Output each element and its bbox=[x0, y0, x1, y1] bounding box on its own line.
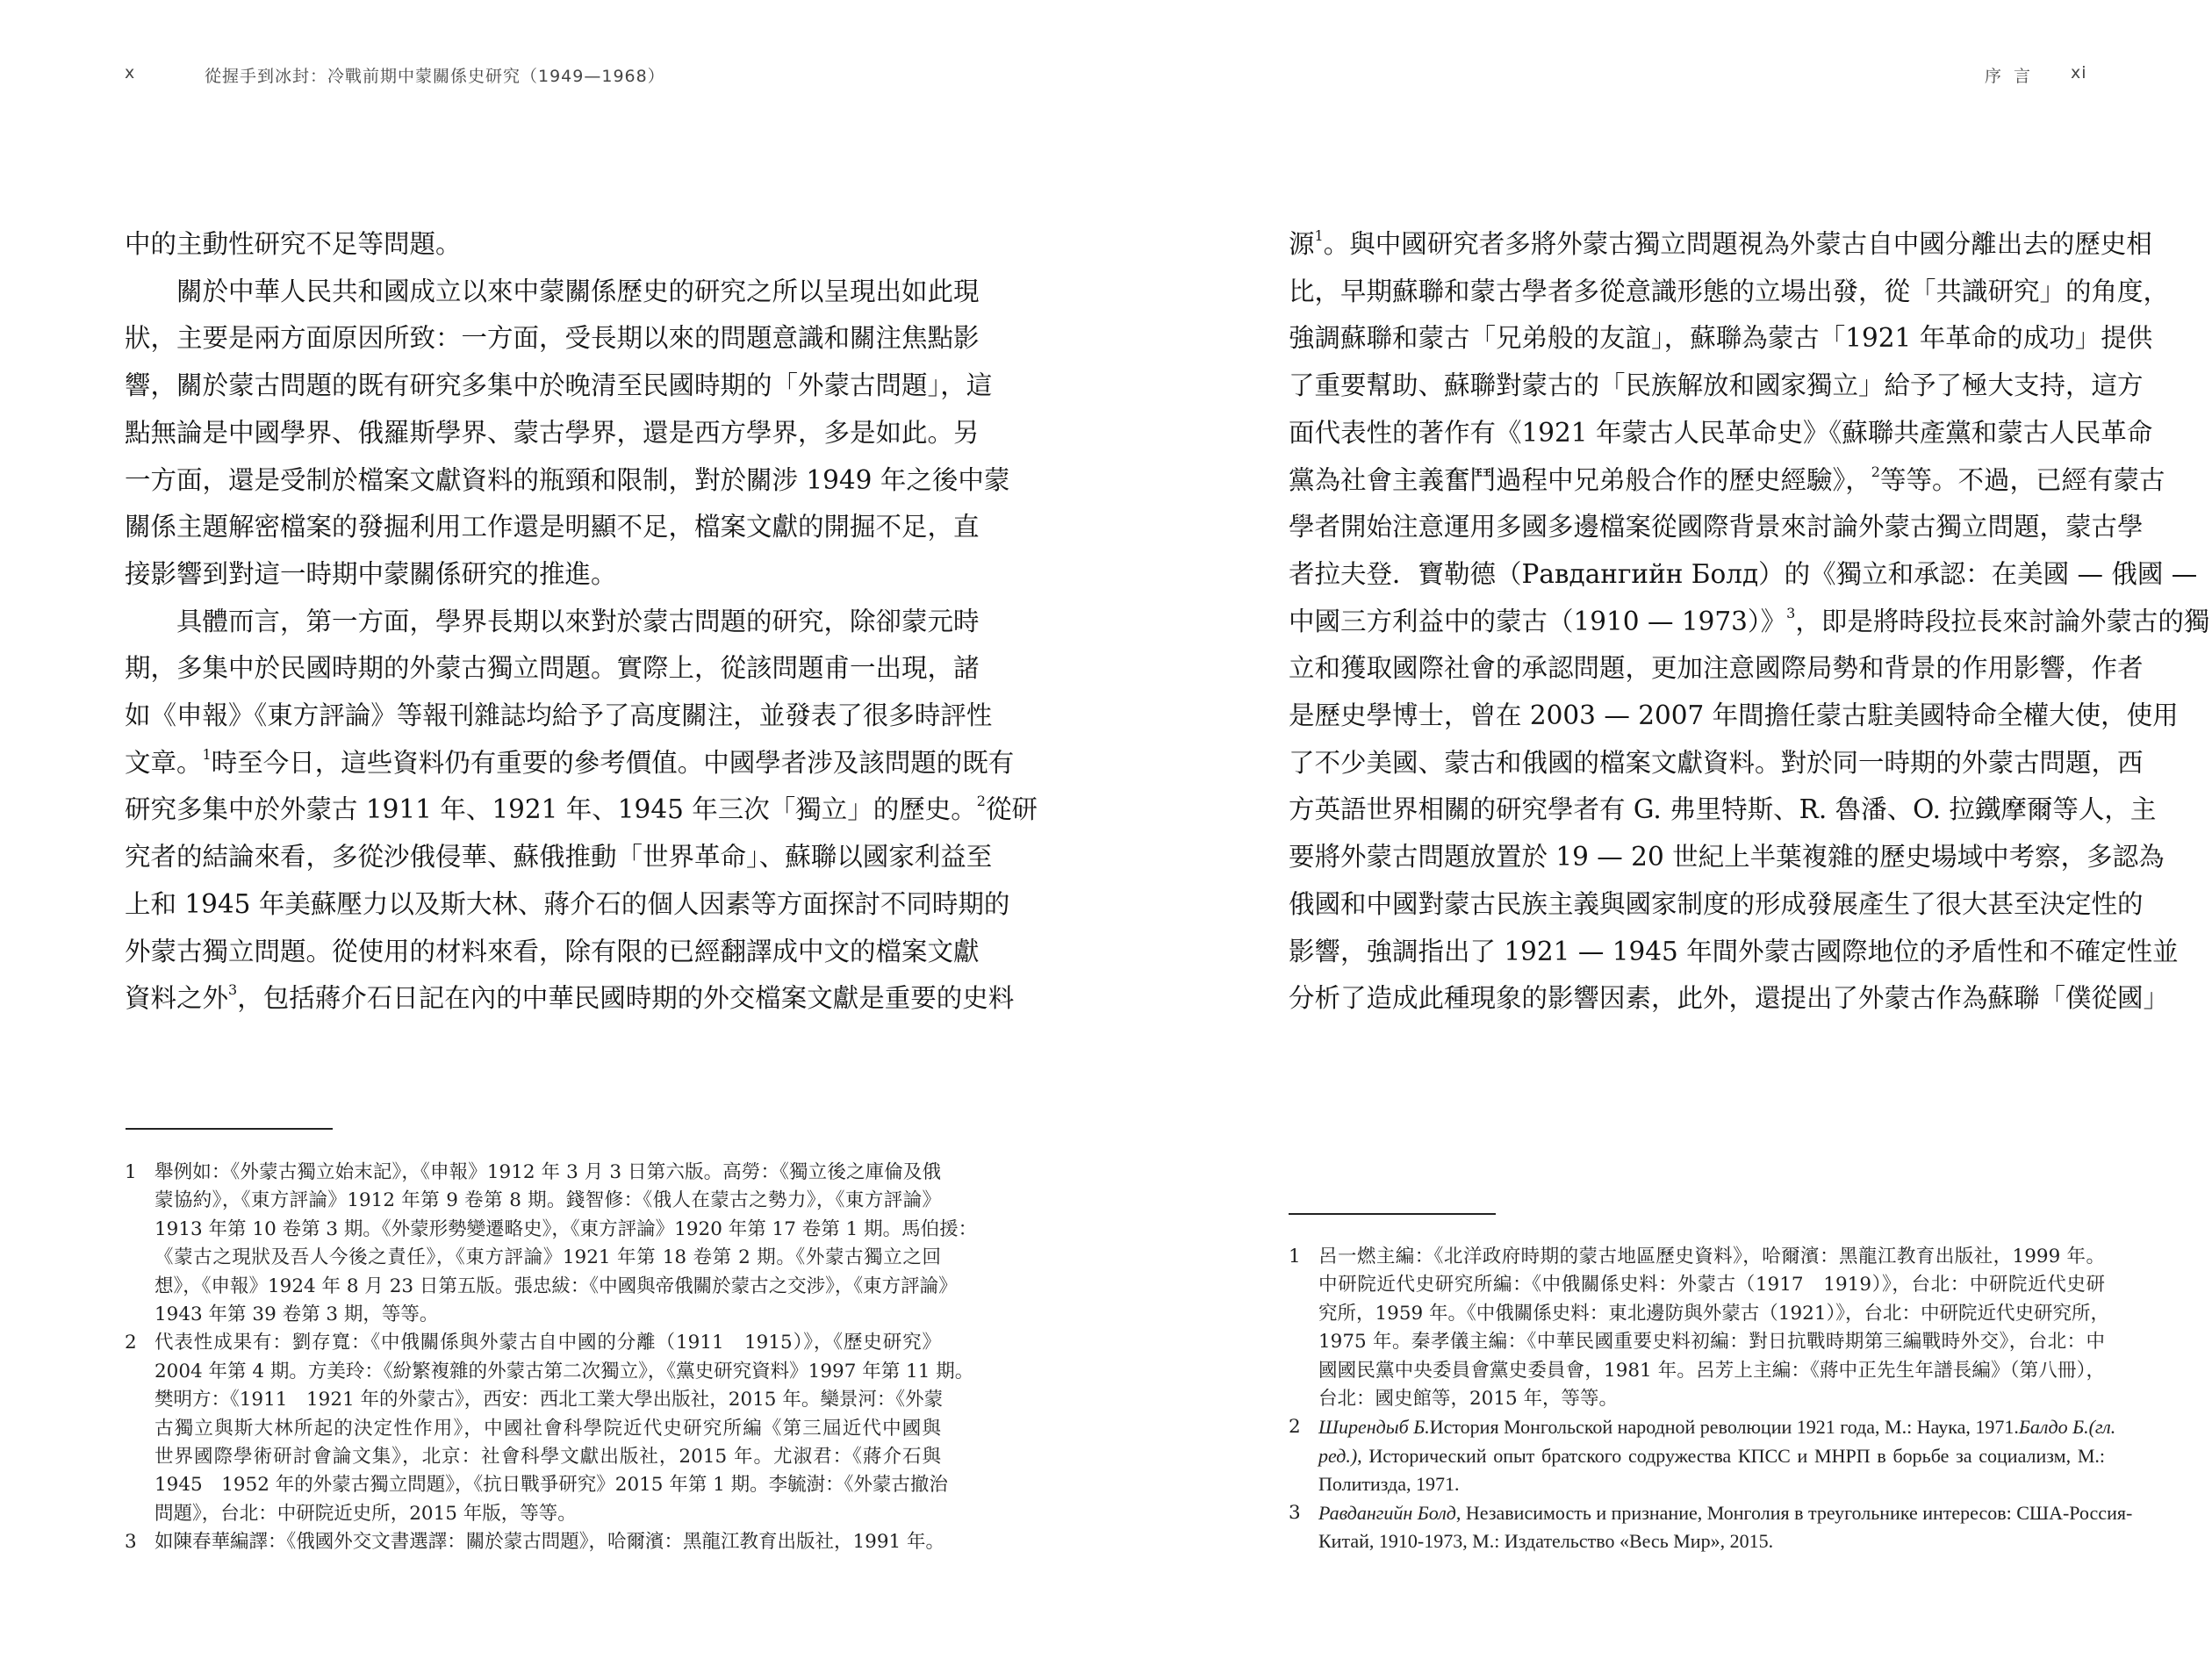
body-line-text: 影響，強調指出了 1921 — 1945 年間外蒙古國際地位的矛盾性和不確定性並 bbox=[1289, 937, 2179, 966]
body-text: 源1。與中國研究者多將外蒙古獨立問題視為外蒙古自中國分離出去的歷史相比，早期蘇聯… bbox=[1289, 221, 2105, 1023]
footnote: 1呂一燃主編：《北洋政府時期的蒙古地區歷史資料》，哈爾濱：黑龍江教育出版社，19… bbox=[1289, 1243, 2105, 1413]
body-line: 中國三方利益中的蒙古（1910 — 1973）》3，即是將時段拉長來討論外蒙古的… bbox=[1289, 599, 2105, 646]
footnote-number: 2 bbox=[1289, 1413, 1301, 1441]
body-line: 比，早期蘇聯和蒙古學者多從意識形態的立場出發，從「共識研究」的角度， bbox=[1289, 269, 2105, 316]
body-line-text: 響，關於蒙古問題的既有研究多集中於晚清至民國時期的「外蒙古問題」，這 bbox=[125, 370, 992, 400]
footnote-line: Китай, 1910-1973, М.: Издательство «Весь… bbox=[1318, 1527, 2105, 1555]
body-line: 外蒙古獨立問題。從使用的材料來看，除有限的已經翻譯成中文的檔案文獻 bbox=[125, 929, 941, 976]
body-line-text: 狀，主要是兩方面原因所致：一方面，受長期以來的問題意識和關注焦點影 bbox=[125, 323, 980, 353]
body-line: 資料之外3，包括蔣介石日記在內的中華民國時期的外交檔案文獻是重要的史料 bbox=[125, 975, 941, 1023]
body-line-text: 方英語世界相關的研究學者有 G. 弗里特斯、R. 魯潘、O. 拉鐵摩爾等人，主 bbox=[1289, 794, 2156, 824]
footnote-ref: 3 bbox=[1786, 605, 1795, 621]
body-line: 方英語世界相關的研究學者有 G. 弗里特斯、R. 魯潘、O. 拉鐵摩爾等人，主 bbox=[1289, 786, 2105, 834]
body-line: 文章。1時至今日，這些資料仍有重要的參考價值。中國學者涉及該問題的既有 bbox=[125, 740, 941, 787]
body-line-text: 了重要幫助、蘇聯對蒙古的「民族解放和國家獨立」給予了極大支持，這方 bbox=[1289, 370, 2144, 400]
footnote-line: 想》，《申報》1924 年 8 月 23 日第五版。張忠紱：《中國與帝俄關於蒙古… bbox=[154, 1273, 941, 1301]
body-line-text: ，即是將時段拉長來討論外蒙古的獨 bbox=[1795, 607, 2209, 636]
body-line-text: 中的主動性研究不足等問題。 bbox=[125, 229, 462, 259]
author-italic: ред.) bbox=[1318, 1445, 1357, 1467]
footnote-line: 2004 年第 4 期。方美玲：《紛繁複雜的外蒙古第二次獨立》，《黨史研究資料》… bbox=[154, 1358, 941, 1386]
footnote-line: 究所，1959 年。《中俄關係史料：東北邊防與外蒙古（1921）》，台北：中研院… bbox=[1318, 1300, 2105, 1328]
body-line: 關係主題解密檔案的發掘利用工作還是明顯不足，檔案文獻的開掘不足，直 bbox=[125, 504, 941, 551]
author-italic: Равдангийн Болд bbox=[1318, 1502, 1456, 1524]
footnote: 1舉例如：《外蒙古獨立始末記》，《申報》1912 年 3 月 3 日第六版。高勞… bbox=[125, 1159, 941, 1329]
footnote-ref: 3 bbox=[228, 981, 237, 998]
footnote: 2Ширендыб Б.История Монгольской народной… bbox=[1289, 1413, 2105, 1498]
body-line: 期，多集中於民國時期的外蒙古獨立問題。實際上，從該問題甫一出現，諸 bbox=[125, 645, 941, 693]
footnote-number: 3 bbox=[125, 1528, 137, 1556]
body-line: 是歷史學博士，曾在 2003 — 2007 年間擔任蒙古駐美國特命全權大使，使用 bbox=[1289, 693, 2105, 740]
body-line: 接影響到對這一時期中蒙關係研究的推進。 bbox=[125, 551, 941, 599]
body-line: 狀，主要是兩方面原因所致：一方面，受長期以來的問題意識和關注焦點影 bbox=[125, 315, 941, 363]
running-head-book-title: 從握手到冰封：冷戰前期中蒙關係史研究（1949—1968） bbox=[205, 63, 665, 87]
footnote-line: 1913 年第 10 卷第 3 期。《外蒙形勢變遷略史》，《東方評論》1920 … bbox=[154, 1216, 941, 1244]
footnote-line: Политизда, 1971. bbox=[1318, 1470, 2105, 1498]
body-line: 研究多集中於外蒙古 1911 年、1921 年、1945 年三次「獨立」的歷史。… bbox=[125, 786, 941, 834]
citation-text: История Монгольской народной революции 1… bbox=[1430, 1416, 2019, 1438]
body-line-text: 如《申報》《東方評論》等報刊雜誌均給予了高度關注，並發表了很多時評性 bbox=[125, 700, 992, 730]
body-line: 了不少美國、蒙古和俄國的檔案文獻資料。對於同一時期的外蒙古問題，西 bbox=[1289, 740, 2105, 787]
right-page: 序言 xi 源1。與中國研究者多將外蒙古獨立問題視為外蒙古自中國分離出去的歷史相… bbox=[1106, 0, 2212, 1659]
citation-text: , Независимость и признание, Монголия в … bbox=[1456, 1502, 2132, 1524]
footnote-line: Равдангийн Болд, Независимость и признан… bbox=[1318, 1499, 2105, 1527]
body-line: 點無論是中國學界、俄羅斯學界、蒙古學界，還是西方學界，多是如此。另 bbox=[125, 410, 941, 457]
body-line-text: 源 bbox=[1289, 229, 1315, 259]
footnote-ref: 1 bbox=[203, 746, 212, 763]
body-line-text: 點無論是中國學界、俄羅斯學界、蒙古學界，還是西方學界，多是如此。另 bbox=[125, 418, 980, 448]
body-line-text: 。與中國研究者多將外蒙古獨立問題視為外蒙古自中國分離出去的歷史相 bbox=[1324, 229, 2152, 259]
body-line: 究者的結論來看，多從沙俄侵華、蘇俄推動「世界革命」、蘇聯以國家利益至 bbox=[125, 834, 941, 881]
body-line-text: 文章。 bbox=[125, 748, 203, 778]
body-line: 關於中華人民共和國成立以來中蒙關係歷史的研究之所以呈現出如此現 bbox=[125, 269, 941, 316]
body-line: 面代表性的著作有《1921 年蒙古人民革命史》《蘇聯共產黨和蒙古人民革命 bbox=[1289, 410, 2105, 457]
footnote-line: 古獨立與斯大林所起的決定性作用》，中國社會科學院近代史研究所編《第三屆近代中國與 bbox=[154, 1415, 941, 1443]
footnote-line: 台北：國史館等，2015 年，等等。 bbox=[1318, 1385, 2105, 1413]
body-line: 分析了造成此種現象的影響因素，此外，還提出了外蒙古作為蘇聯「僕從國」 bbox=[1289, 975, 2105, 1023]
citation-text: Китай, 1910-1973, М.: Издательство «Весь… bbox=[1318, 1530, 1773, 1552]
body-line: 中的主動性研究不足等問題。 bbox=[125, 221, 941, 269]
footnote-separator bbox=[126, 1128, 333, 1130]
body-line-text: 時至今日，這些資料仍有重要的參考價值。中國學者涉及該問題的既有 bbox=[212, 748, 1015, 778]
body-line-text: 強調蘇聯和蒙古「兄弟般的友誼」，蘇聯為蒙古「1921 年革命的成功」提供 bbox=[1289, 323, 2152, 353]
body-line: 上和 1945 年美蘇壓力以及斯大林、蔣介石的個人因素等方面探討不同時期的 bbox=[125, 881, 941, 929]
footnotes: 1舉例如：《外蒙古獨立始末記》，《申報》1912 年 3 月 3 日第六版。高勞… bbox=[125, 1159, 941, 1557]
author-italic: Балдо Б.(гл. bbox=[2019, 1416, 2115, 1438]
body-line-text: 上和 1945 年美蘇壓力以及斯大林、蔣介石的個人因素等方面探討不同時期的 bbox=[125, 889, 1009, 919]
body-line: 學者開始注意運用多國多邊檔案從國際背景來討論外蒙古獨立問題，蒙古學 bbox=[1289, 504, 2105, 551]
body-line: 者拉夫登．寶勒德（Равдангийн Болд）的《獨立和承認：在美國 — 俄… bbox=[1289, 551, 2105, 599]
footnote: 3如陳春華編譯：《俄國外交文書選譯：關於蒙古問題》，哈爾濱：黑龍江教育出版社，1… bbox=[125, 1528, 941, 1556]
citation-text: Политизда, 1971. bbox=[1318, 1473, 1460, 1495]
body-line: 如《申報》《東方評論》等報刊雜誌均給予了高度關注，並發表了很多時評性 bbox=[125, 693, 941, 740]
body-line-text: 具體而言，第一方面，學界長期以來對於蒙古問題的研究，除卻蒙元時 bbox=[176, 607, 980, 636]
footnote-line: 國國民黨中央委員會黨史委員會，1981 年。呂芳上主編：《蔣中正先生年譜長編》（… bbox=[1318, 1357, 2105, 1385]
body-line: 強調蘇聯和蒙古「兄弟般的友誼」，蘇聯為蒙古「1921 年革命的成功」提供 bbox=[1289, 315, 2105, 363]
body-text: 中的主動性研究不足等問題。關於中華人民共和國成立以來中蒙關係歷史的研究之所以呈現… bbox=[125, 221, 941, 1023]
body-line-text: 比，早期蘇聯和蒙古學者多從意識形態的立場出發，從「共識研究」的角度， bbox=[1289, 276, 2169, 306]
footnote-separator bbox=[1289, 1213, 1496, 1215]
body-line: 響，關於蒙古問題的既有研究多集中於晚清至民國時期的「外蒙古問題」，這 bbox=[125, 363, 941, 410]
body-line-text: 從研 bbox=[986, 794, 1038, 824]
body-line-text: 了不少美國、蒙古和俄國的檔案文獻資料。對於同一時期的外蒙古問題，西 bbox=[1289, 748, 2144, 778]
footnote-number: 1 bbox=[1289, 1243, 1301, 1271]
footnote-number: 1 bbox=[125, 1159, 137, 1187]
footnote-line: Ширендыб Б.История Монгольской народной … bbox=[1318, 1413, 2105, 1441]
body-line: 了重要幫助、蘇聯對蒙古的「民族解放和國家獨立」給予了極大支持，這方 bbox=[1289, 363, 2105, 410]
body-line-text: 學者開始注意運用多國多邊檔案從國際背景來討論外蒙古獨立問題，蒙古學 bbox=[1289, 512, 2144, 542]
body-line-text: 期，多集中於民國時期的外蒙古獨立問題。實際上，從該問題甫一出現，諸 bbox=[125, 653, 980, 683]
body-line: 黨為社會主義奮鬥過程中兄弟般合作的歷史經驗》，2等等。不過，已經有蒙古 bbox=[1289, 457, 2105, 505]
body-line-text: 接影響到對這一時期中蒙關係研究的推進。 bbox=[125, 559, 617, 589]
body-line-text: 究者的結論來看，多從沙俄侵華、蘇俄推動「世界革命」、蘇聯以國家利益至 bbox=[125, 842, 992, 872]
body-line: 立和獲取國際社會的承認問題，更加注意國際局勢和背景的作用影響，作者 bbox=[1289, 645, 2105, 693]
footnote-line: 舉例如：《外蒙古獨立始末記》，《申報》1912 年 3 月 3 日第六版。高勞：… bbox=[154, 1159, 941, 1187]
body-line-text: 是歷史學博士，曾在 2003 — 2007 年間擔任蒙古駐美國特命全權大使，使用 bbox=[1289, 700, 2179, 730]
body-line-text: 一方面，還是受制於檔案文獻資料的瓶頸和限制，對於關涉 1949 年之後中蒙 bbox=[125, 465, 1009, 495]
running-head-chapter-title: 序言 bbox=[1985, 63, 2043, 87]
body-line-text: 研究多集中於外蒙古 1911 年、1921 年、1945 年三次「獨立」的歷史。 bbox=[125, 794, 977, 824]
body-line-text: 分析了造成此種現象的影響因素，此外，還提出了外蒙古作為蘇聯「僕從國」 bbox=[1289, 983, 2169, 1013]
footnote-line: 1945 1952 年的外蒙古獨立問題》，《抗日戰爭研究》2015 年第 1 期… bbox=[154, 1471, 941, 1499]
page-number: xi bbox=[2071, 63, 2087, 83]
footnote-line: 樊明方：《1911 1921 年的外蒙古》，西安：西北工業大學出版社，2015 … bbox=[154, 1386, 941, 1414]
body-line-text: 關於中華人民共和國成立以來中蒙關係歷史的研究之所以呈現出如此現 bbox=[176, 276, 980, 306]
body-line-text: 資料之外 bbox=[125, 983, 228, 1013]
footnote-line: ред.), Исторический опыт братского содру… bbox=[1318, 1442, 2105, 1470]
body-line: 一方面，還是受制於檔案文獻資料的瓶頸和限制，對於關涉 1949 年之後中蒙 bbox=[125, 457, 941, 505]
footnote-line: 中研院近代史研究所編：《中俄關係史料：外蒙古（1917 1919）》，台北：中研… bbox=[1318, 1271, 2105, 1299]
body-line-text: 者拉夫登．寶勒德（Равдангийн Болд）的《獨立和承認：在美國 — 俄… bbox=[1289, 559, 2197, 589]
footnote-ref: 2 bbox=[1871, 463, 1880, 480]
footnote-line: 如陳春華編譯：《俄國外交文書選譯：關於蒙古問題》，哈爾濱：黑龍江教育出版社，19… bbox=[154, 1528, 941, 1556]
body-line-text: 面代表性的著作有《1921 年蒙古人民革命史》《蘇聯共產黨和蒙古人民革命 bbox=[1289, 418, 2152, 448]
footnote-ref: 2 bbox=[977, 793, 986, 809]
left-page: x 從握手到冰封：冷戰前期中蒙關係史研究（1949—1968） 中的主動性研究不… bbox=[0, 0, 1106, 1659]
footnote-line: 呂一燃主編：《北洋政府時期的蒙古地區歷史資料》，哈爾濱：黑龍江教育出版社，199… bbox=[1318, 1243, 2105, 1271]
body-line-text: ，包括蔣介石日記在內的中華民國時期的外交檔案文獻是重要的史料 bbox=[237, 983, 1014, 1013]
footnote-ref: 1 bbox=[1315, 227, 1324, 244]
body-line: 具體而言，第一方面，學界長期以來對於蒙古問題的研究，除卻蒙元時 bbox=[125, 599, 941, 646]
footnote-line: 蒙協約》，《東方評論》1912 年第 9 卷第 8 期。錢智修：《俄人在蒙古之勢… bbox=[154, 1187, 941, 1215]
body-line: 影響，強調指出了 1921 — 1945 年間外蒙古國際地位的矛盾性和不確定性並 bbox=[1289, 929, 2105, 976]
footnote-line: 《蒙古之現狀及吾人今後之責任》，《東方評論》1921 年第 18 卷第 2 期。… bbox=[154, 1244, 941, 1272]
footnote-number: 2 bbox=[125, 1329, 137, 1357]
body-line-text: 等等。不過，已經有蒙古 bbox=[1880, 465, 2165, 495]
body-line: 俄國和中國對蒙古民族主義與國家制度的形成發展產生了很大甚至決定性的 bbox=[1289, 881, 2105, 929]
footnotes: 1呂一燃主編：《北洋政府時期的蒙古地區歷史資料》，哈爾濱：黑龍江教育出版社，19… bbox=[1289, 1243, 2105, 1555]
footnote-line: 1975 年。秦孝儀主編：《中華民國重要史料初編：對日抗戰時期第三編戰時外交》，… bbox=[1318, 1328, 2105, 1356]
body-line-text: 關係主題解密檔案的發掘利用工作還是明顯不足，檔案文獻的開掘不足，直 bbox=[125, 512, 980, 542]
body-line: 源1。與中國研究者多將外蒙古獨立問題視為外蒙古自中國分離出去的歷史相 bbox=[1289, 221, 2105, 269]
footnote: 3Равдангийн Болд, Независимость и призна… bbox=[1289, 1499, 2105, 1556]
footnote-number: 3 bbox=[1289, 1499, 1301, 1527]
page-number: x bbox=[125, 63, 135, 83]
author-italic: Ширендыб Б. bbox=[1318, 1416, 1430, 1438]
footnote: 2代表性成果有：劉存寬：《中俄關係與外蒙古自中國的分離（1911 1915）》，… bbox=[125, 1329, 941, 1528]
body-line-text: 中國三方利益中的蒙古（1910 — 1973）》 bbox=[1289, 607, 1786, 636]
body-line-text: 要將外蒙古問題放置於 19 — 20 世紀上半葉複雜的歷史場域中考察，多認為 bbox=[1289, 842, 2165, 872]
footnote-line: 世界國際學術研討會論文集》，北京：社會科學文獻出版社，2015 年。尤淑君：《蔣… bbox=[154, 1443, 941, 1471]
body-line-text: 外蒙古獨立問題。從使用的材料來看，除有限的已經翻譯成中文的檔案文獻 bbox=[125, 937, 980, 966]
citation-text: , Исторический опыт братского содружеств… bbox=[1357, 1445, 2105, 1467]
body-line-text: 黨為社會主義奮鬥過程中兄弟般合作的歷史經驗》， bbox=[1289, 465, 1871, 495]
body-line-text: 俄國和中國對蒙古民族主義與國家制度的形成發展產生了很大甚至決定性的 bbox=[1289, 889, 2144, 919]
footnote-line: 問題》，台北：中研院近史所，2015 年版，等等。 bbox=[154, 1500, 941, 1528]
footnote-line: 1943 年第 39 卷第 3 期，等等。 bbox=[154, 1301, 941, 1329]
body-line-text: 立和獲取國際社會的承認問題，更加注意國際局勢和背景的作用影響，作者 bbox=[1289, 653, 2144, 683]
footnote-line: 代表性成果有：劉存寬：《中俄關係與外蒙古自中國的分離（1911 1915）》，《… bbox=[154, 1329, 941, 1357]
body-line: 要將外蒙古問題放置於 19 — 20 世紀上半葉複雜的歷史場域中考察，多認為 bbox=[1289, 834, 2105, 881]
